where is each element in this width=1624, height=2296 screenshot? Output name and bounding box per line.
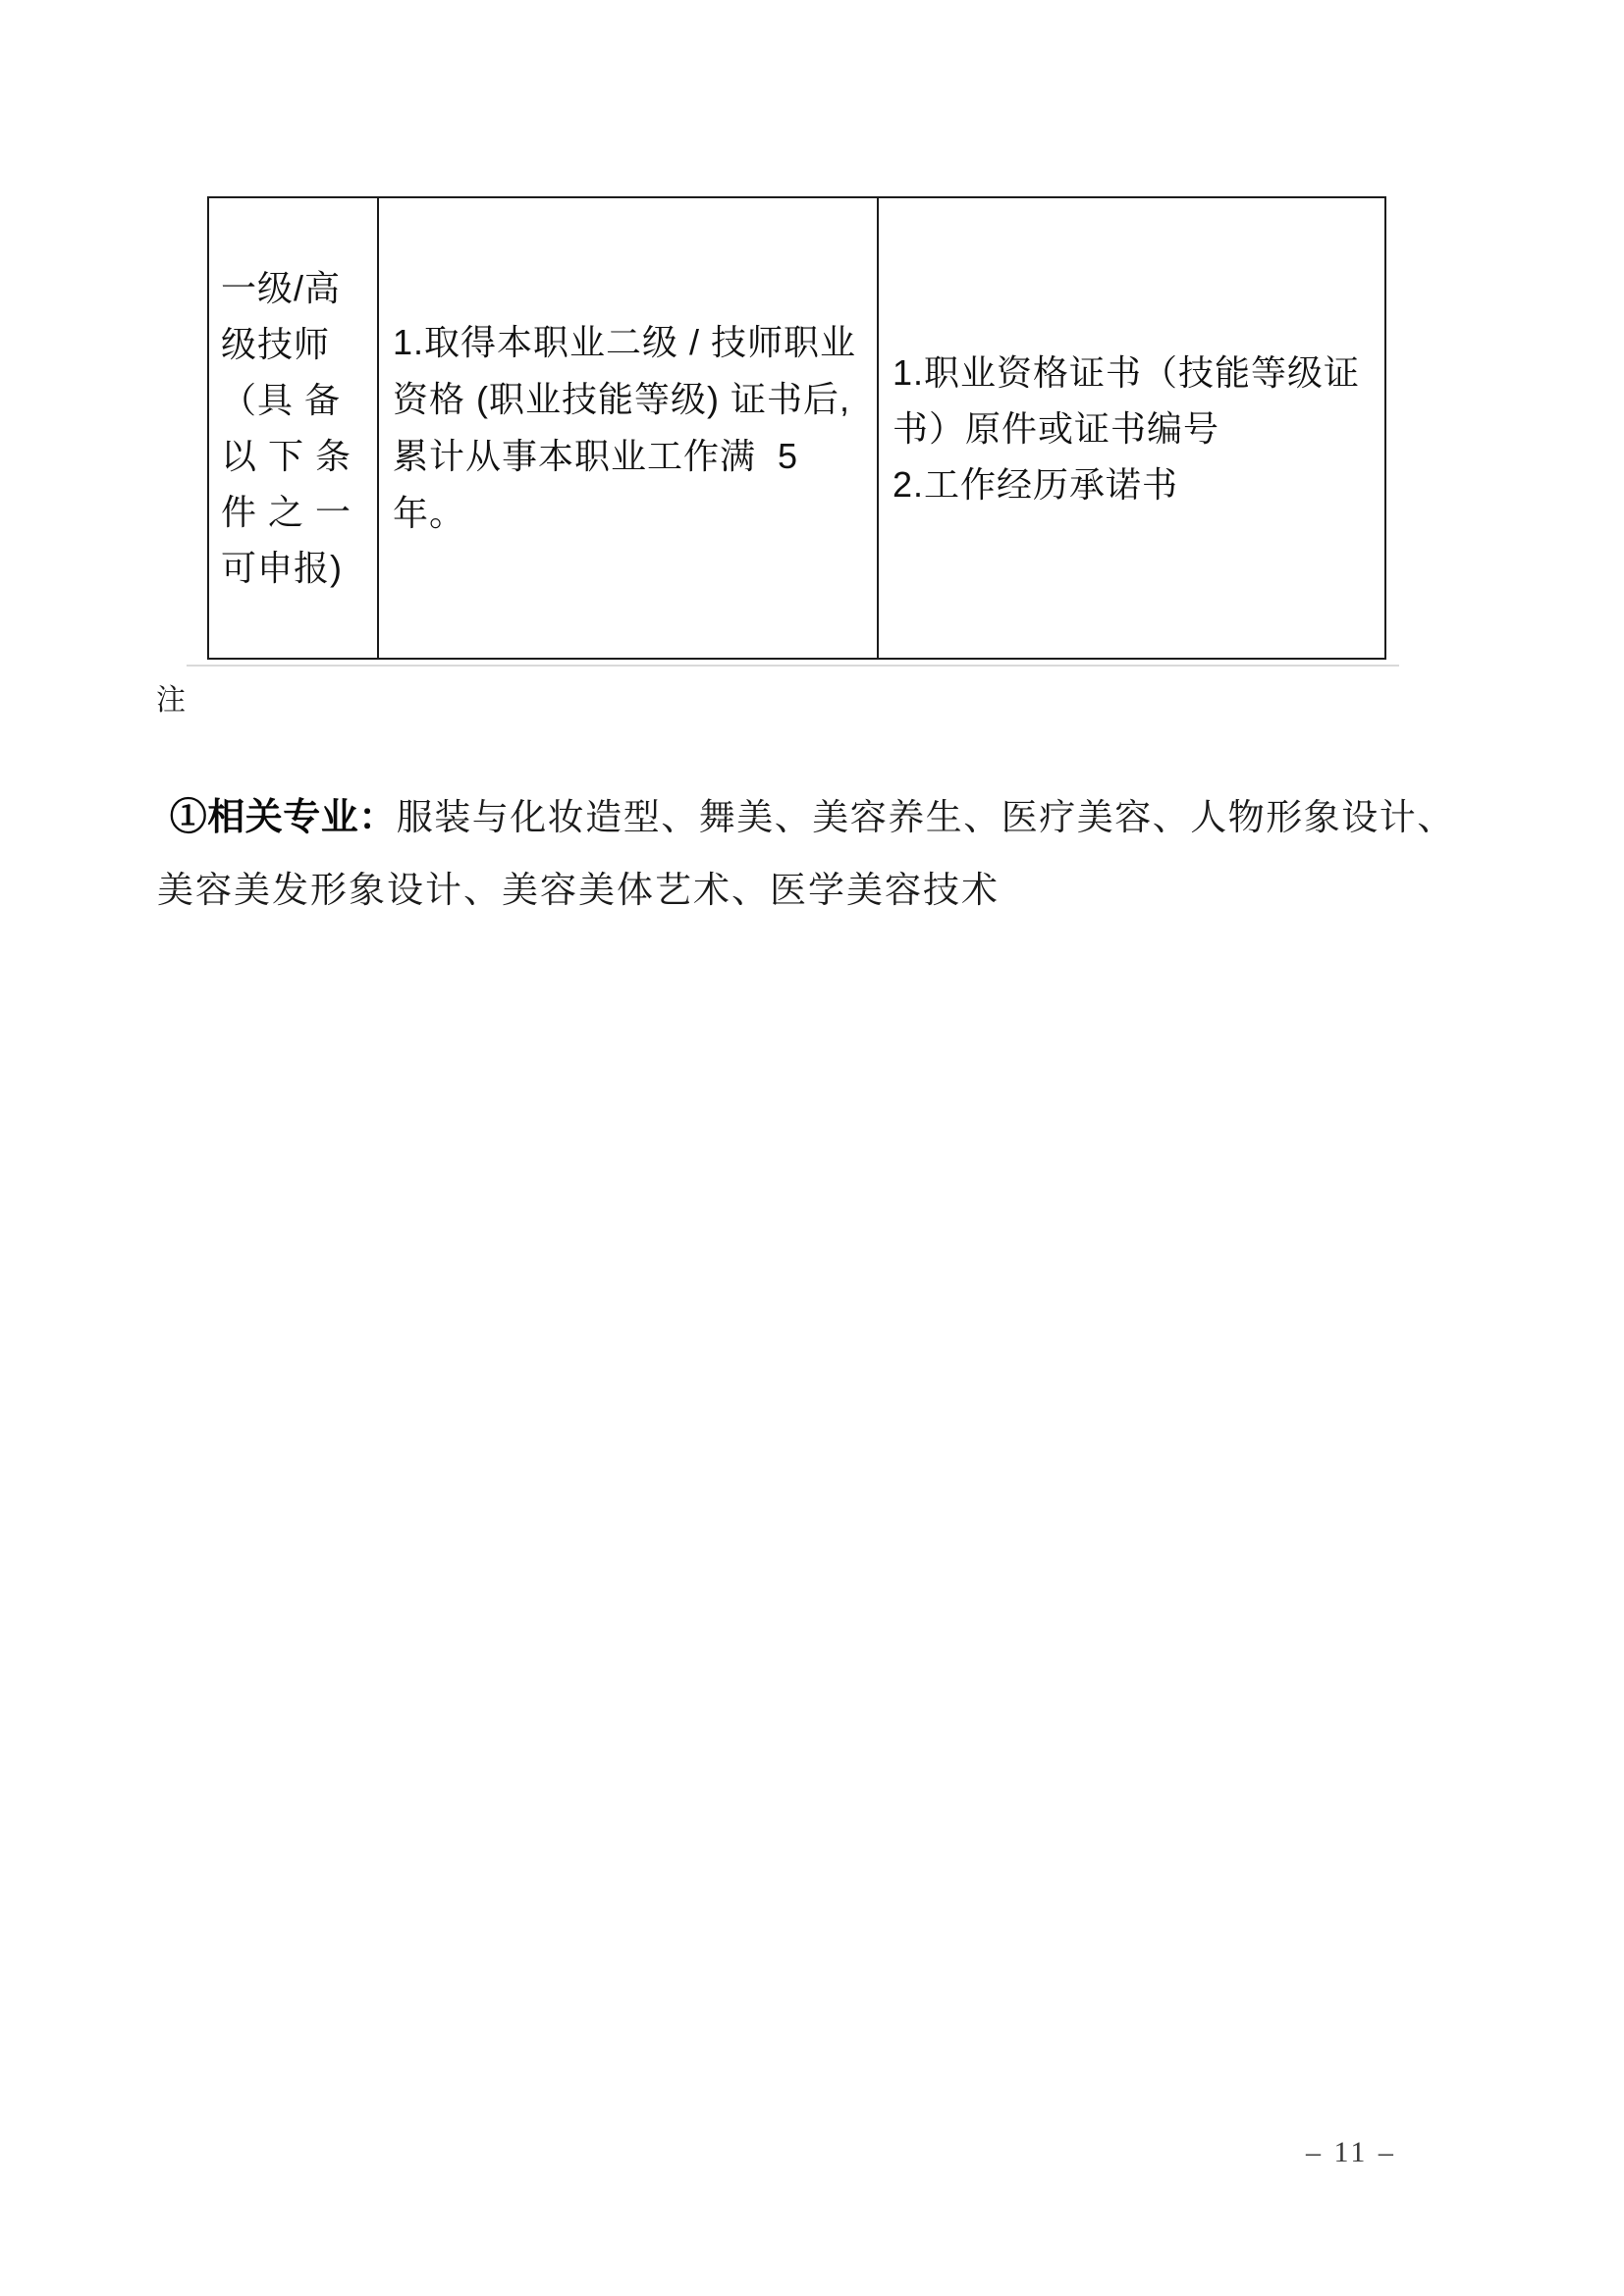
level-text-line: （具 备 [221,372,371,428]
note-item-marker: ①相关专业： [170,797,397,838]
level-text-line: 可申报) [221,540,371,596]
level-text-line: 件 之 一 [221,484,371,540]
page-number: – 11 – [1306,2136,1396,2169]
note-item-line1: ①相关专业：服装与化妆造型、舞美、美容养生、医疗美容、人物形象设计、 [152,769,1455,858]
level-text-line: 级技师 [221,316,371,372]
conditions-text-line: 累计从事本职业工作满 5 [393,428,867,485]
note-item-line2: 美容美发形象设计、美容美体艺术、医学美容技术 [157,860,1000,913]
conditions-text-line: 资格 (职业技能等级) 证书后, [393,371,867,428]
note-label: 注 [156,684,186,718]
level-text-line: 以 下 条 [221,428,371,484]
note-item-text: 服装与化妆造型、舞美、美容养生、医疗美容、人物形象设计、 [397,798,1455,838]
conditions-text-line: 年。 [393,485,867,542]
document-page: 一级/高 级技师 （具 备 以 下 条 件 之 一 可申报) 1.取得本职业二级… [0,0,1624,2296]
materials-text-line: 1.职业资格证书（技能等级证 [893,345,1375,400]
table-cell-materials: 1.职业资格证书（技能等级证 书）原件或证书编号 2.工作经历承诺书 [879,198,1384,658]
table-cell-level: 一级/高 级技师 （具 备 以 下 条 件 之 一 可申报) [209,198,379,658]
conditions-text-line: 1.取得本职业二级 / 技师职业 [393,314,867,371]
level-text-line: 一级/高 [221,260,371,316]
materials-text-line: 2.工作经历承诺书 [893,456,1375,512]
table-cell-conditions: 1.取得本职业二级 / 技师职业 资格 (职业技能等级) 证书后, 累计从事本职… [379,198,879,658]
requirements-table: 一级/高 级技师 （具 备 以 下 条 件 之 一 可申报) 1.取得本职业二级… [207,196,1386,660]
table-bottom-shadow-line [187,665,1399,667]
materials-text-line: 书）原件或证书编号 [893,400,1375,456]
